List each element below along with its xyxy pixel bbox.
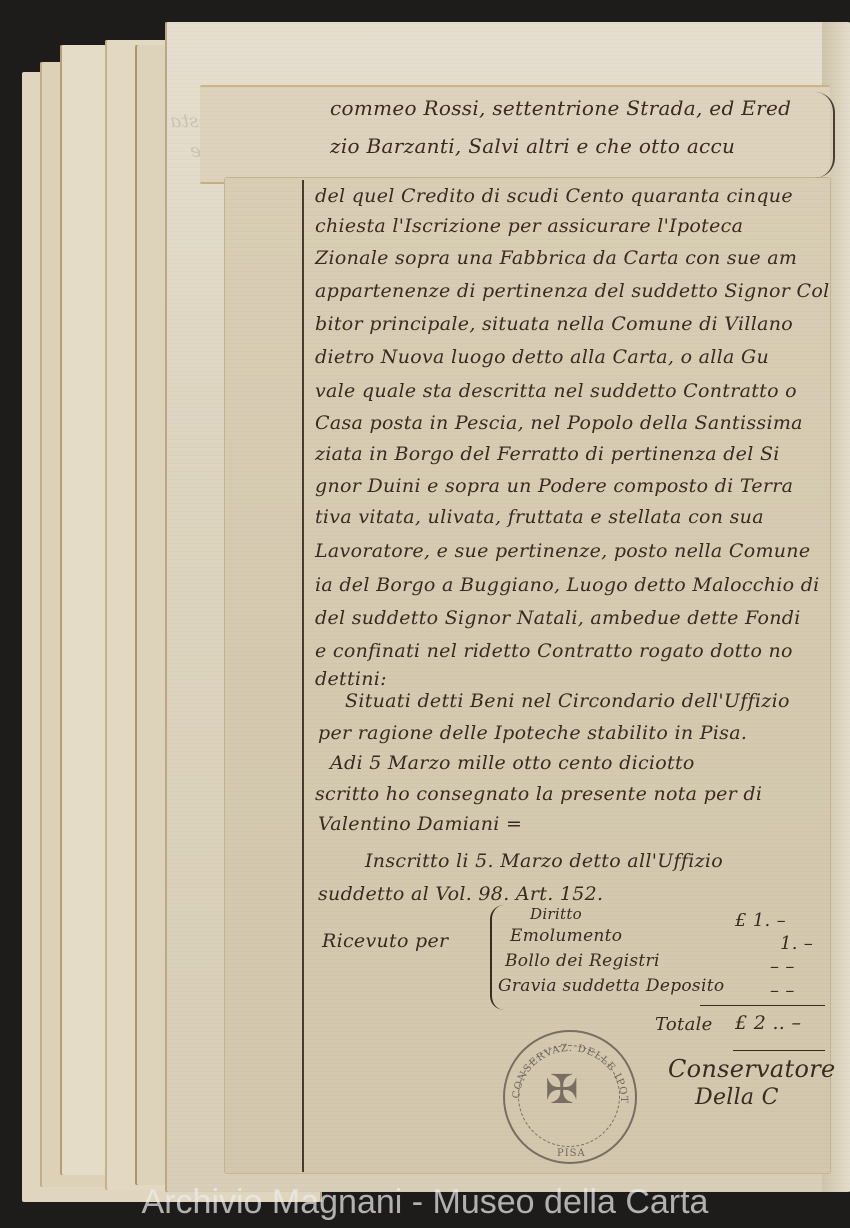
receipt-item-value: – – [770,956,795,977]
signature-line: Della C [695,1085,779,1110]
handwritten-line: ziata in Borgo del Ferratto di pertinenz… [315,443,780,465]
total-label: Totale [655,1014,713,1035]
handwritten-line: gnor Duini e sopra un Podere composto di… [315,475,793,497]
handwritten-line: bitor principale, situata nella Comune d… [315,313,793,335]
official-stamp: CONSERVAZ. DELLE IPOTECHE PISA ✠ [503,1030,637,1164]
handwritten-line: Zionale sopra una Fabbrica da Carta con … [315,247,797,269]
handwritten-line: ia del Borgo a Buggiano, Luogo detto Mal… [315,574,820,596]
receipt-item-label: Diritto [530,905,582,923]
handwritten-line: Valentino Damiani = [318,813,522,835]
receipt-item-label: Gravia suddetta Deposito [498,976,724,996]
bracket-mark [815,92,835,178]
signature-line: Conservatore [668,1055,836,1083]
handwritten-line: vale quale sta descritta nel suddetto Co… [315,380,797,402]
handwritten-line: scritto ho consegnato la presente nota p… [315,783,762,805]
total-value: £ 2 .. – [735,1012,801,1034]
handwritten-line: per ragione delle Ipoteche stabilito in … [318,722,747,744]
registration-line: suddetto al Vol. 98. Art. 152. [318,883,603,905]
registration-line: Inscritto li 5. Marzo detto all'Uffizio [365,850,723,872]
handwritten-line: zio Barzanti, Salvi altri e che otto acc… [330,134,735,158]
crest-icon: ✠ [545,1070,579,1110]
handwritten-line: e confinati nel ridetto Contratto rogato… [315,640,793,662]
handwritten-line: del suddetto Signor Natali, ambedue dett… [315,607,801,629]
receipt-item-value: £ 1. – [735,910,786,931]
handwritten-line: appartenenze di pertinenza del suddetto … [315,280,829,302]
handwritten-line: Lavoratore, e sue pertinenze, posto nell… [315,540,810,562]
receipt-item-label: Emolumento [510,926,622,946]
handwritten-line: dietro Nuova luogo detto alla Carta, o a… [315,346,769,368]
divider [700,1005,825,1006]
stamp-city-text: PISA [557,1148,586,1159]
receipt-item-label: Bollo dei Registri [505,951,660,971]
handwritten-line: commeo Rossi, settentrione Strada, ed Er… [330,96,791,120]
handwritten-line: Situati detti Beni nel Circondario dell'… [345,690,790,712]
divider [733,1050,825,1051]
handwritten-line: Adi 5 Marzo mille otto cento diciotto [330,752,695,774]
handwritten-line: chiesta l'Iscrizione per assicurare l'Ip… [315,215,743,237]
handwritten-line: dettini: [315,668,387,690]
document-scan: Cosi Costa a eague sa Pe commeo Rossi, s… [0,0,850,1228]
archive-watermark: Archivio Magnani - Museo della Carta [0,1183,850,1222]
receipt-item-value: – – [770,980,795,1001]
handwritten-line: del quel Credito di scudi Cento quaranta… [315,185,793,207]
margin-rule [302,180,304,1172]
handwritten-line: Casa posta in Pescia, nel Popolo della S… [315,412,803,434]
receipt-label: Ricevuto per [322,930,448,952]
receipt-item-value: 1. – [780,933,813,954]
handwritten-line: tiva vitata, ulivata, fruttata e stellat… [315,506,764,528]
